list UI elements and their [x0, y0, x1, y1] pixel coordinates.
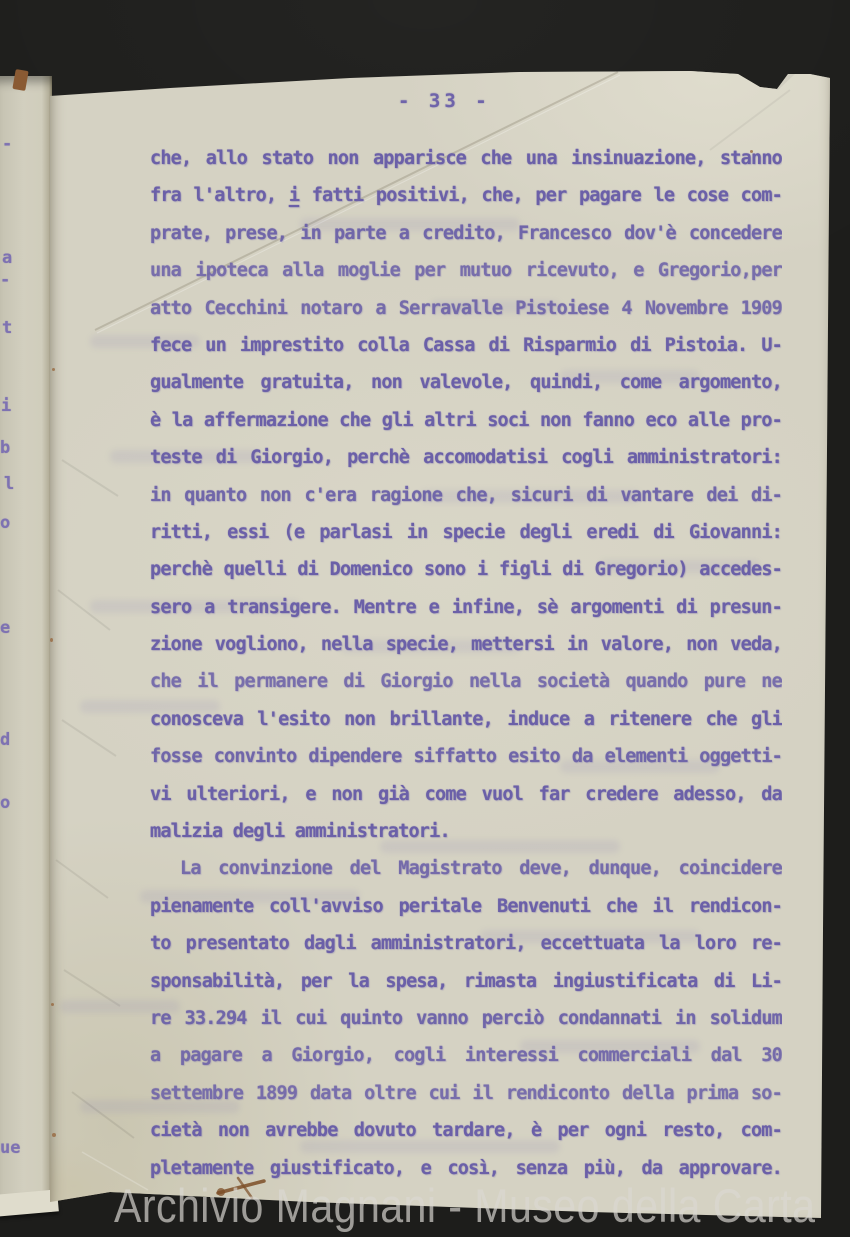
- cutoff-character-fragment: -: [0, 270, 10, 290]
- text-run: settembre 1899 data oltre cui il rendico…: [150, 1083, 782, 1104]
- text-line: che il permanere di Giorgio nella societ…: [150, 663, 782, 700]
- text-line: atto Cecchini notaro a Serravalle Pistoi…: [150, 290, 782, 327]
- typewritten-text: che, allo stato non apparisce che una in…: [150, 140, 782, 1187]
- cutoff-character-fragment: a: [2, 248, 12, 268]
- cutoff-character-fragment: -: [2, 134, 10, 154]
- text-line: fra l'altro, i fatti positivi, che, per …: [150, 177, 782, 214]
- text-run: pienamente coll'avviso peritale Benvenut…: [150, 896, 782, 917]
- text-run: in quanto non c'era ragione che, sicuri …: [150, 485, 782, 506]
- text-line: La convinzione del Magistrato deve, dunq…: [150, 850, 782, 887]
- cutoff-character-fragment: o: [0, 513, 10, 533]
- page-number: - 33 -: [398, 90, 491, 112]
- text-run: fra l'altro,: [150, 185, 289, 206]
- text-run: vi ulteriori, e non già come vuol far cr…: [150, 784, 782, 805]
- cutoff-character-fragment: t: [2, 318, 12, 338]
- paper-tab: [12, 69, 28, 91]
- text-line: zione vogliono, nella specie, mettersi i…: [150, 626, 782, 663]
- text-line: fece un imprestito colla Cassa di Rispar…: [150, 327, 782, 364]
- underlined-word: i: [289, 185, 299, 206]
- document-page: - 33 - che, allo stato non apparisce che…: [50, 30, 830, 1222]
- text-run: fatti positivi, che, per pagare le cose …: [299, 185, 782, 206]
- text-line: una ipoteca alla moglie per mutuo ricevu…: [150, 252, 782, 289]
- text-line: teste di Giorgio, perchè accomodatisi co…: [150, 439, 782, 476]
- rust-speck: [52, 368, 55, 371]
- scanned-document: -a-tibloedoue - 33 - che, allo stato non…: [0, 0, 850, 1237]
- text-run: sero a transigere. Mentre e infine, sè a…: [150, 597, 782, 618]
- text-run: è la affermazione che gli altri soci non…: [150, 410, 782, 431]
- text-run: ritti, essi (e parlasi in specie degli e…: [150, 522, 782, 543]
- text-line: malizia degli amministratori.: [150, 813, 782, 850]
- text-line: to presentato dagli amministratori, ecce…: [150, 925, 782, 962]
- text-line: che, allo stato non apparisce che una in…: [150, 140, 782, 177]
- text-line: in quanto non c'era ragione che, sicuri …: [150, 477, 782, 514]
- cutoff-character-fragment: ue: [0, 1138, 20, 1158]
- text-line: è la affermazione che gli altri soci non…: [150, 402, 782, 439]
- cutoff-character-fragment: o: [0, 793, 10, 813]
- text-line: perchè quelli di Domenico sono i figli d…: [150, 551, 782, 588]
- text-line: fosse convinto dipendere siffatto esito …: [150, 738, 782, 775]
- rust-speck: [51, 1003, 54, 1006]
- text-line: conosceva l'esito non brillante, induce …: [150, 701, 782, 738]
- text-line: vi ulteriori, e non già come vuol far cr…: [150, 776, 782, 813]
- text-run: che, allo stato non apparisce che una in…: [150, 148, 782, 169]
- text-line: gualmente gratuita, non valevole, quindi…: [150, 364, 782, 401]
- text-run: malizia degli amministratori.: [150, 821, 450, 842]
- cutoff-character-fragment: e: [0, 618, 10, 638]
- text-run: La convinzione del Magistrato deve, dunq…: [180, 858, 782, 879]
- text-run: che il permanere di Giorgio nella societ…: [150, 671, 782, 692]
- text-line: cietà non avrebbe dovuto tardare, è per …: [150, 1112, 782, 1149]
- cutoff-character-fragment: d: [0, 730, 10, 750]
- text-run: atto Cecchini notaro a Serravalle Pistoi…: [150, 298, 782, 319]
- text-run: gualmente gratuita, non valevole, quindi…: [150, 372, 782, 393]
- text-run: teste di Giorgio, perchè accomodatisi co…: [150, 447, 782, 468]
- text-line: sero a transigere. Mentre e infine, sè a…: [150, 589, 782, 626]
- text-run: cietà non avrebbe dovuto tardare, è per …: [150, 1120, 782, 1141]
- rust-speck: [52, 1133, 56, 1137]
- text-run: sponsabilità, per la spesa, rimasta ingi…: [150, 971, 782, 992]
- text-run: una ipoteca alla moglie per mutuo ricevu…: [150, 260, 782, 281]
- text-line: pienamente coll'avviso peritale Benvenut…: [150, 888, 782, 925]
- text-run: conosceva l'esito non brillante, induce …: [150, 709, 782, 730]
- text-run: fosse convinto dipendere siffatto esito …: [150, 746, 782, 767]
- archive-watermark: Archivio Magnani - Museo della Carta: [114, 1180, 815, 1232]
- adjacent-page-edge: -a-tibloedoue: [0, 76, 52, 1212]
- text-line: sponsabilità, per la spesa, rimasta ingi…: [150, 963, 782, 1000]
- text-run: a pagare a Giorgio, cogli interessi comm…: [150, 1045, 782, 1066]
- text-line: settembre 1899 data oltre cui il rendico…: [150, 1075, 782, 1112]
- text-line: ritti, essi (e parlasi in specie degli e…: [150, 514, 782, 551]
- text-run: zione vogliono, nella specie, mettersi i…: [150, 634, 782, 655]
- text-line: a pagare a Giorgio, cogli interessi comm…: [150, 1037, 782, 1074]
- text-line: re 33.294 il cui quinto vanno perciò con…: [150, 1000, 782, 1037]
- text-line: prate, prese, in parte a credito, France…: [150, 215, 782, 252]
- text-run: prate, prese, in parte a credito, France…: [150, 223, 782, 244]
- text-run: perchè quelli di Domenico sono i figli d…: [150, 559, 782, 580]
- text-run: re 33.294 il cui quinto vanno perciò con…: [150, 1008, 782, 1029]
- cutoff-character-fragment: b: [0, 438, 10, 458]
- text-run: to presentato dagli amministratori, ecce…: [150, 933, 782, 954]
- cutoff-character-fragment: l: [4, 474, 14, 494]
- rust-speck: [50, 638, 53, 642]
- cutoff-character-fragment: i: [1, 396, 11, 416]
- text-run: fece un imprestito colla Cassa di Rispar…: [150, 335, 782, 356]
